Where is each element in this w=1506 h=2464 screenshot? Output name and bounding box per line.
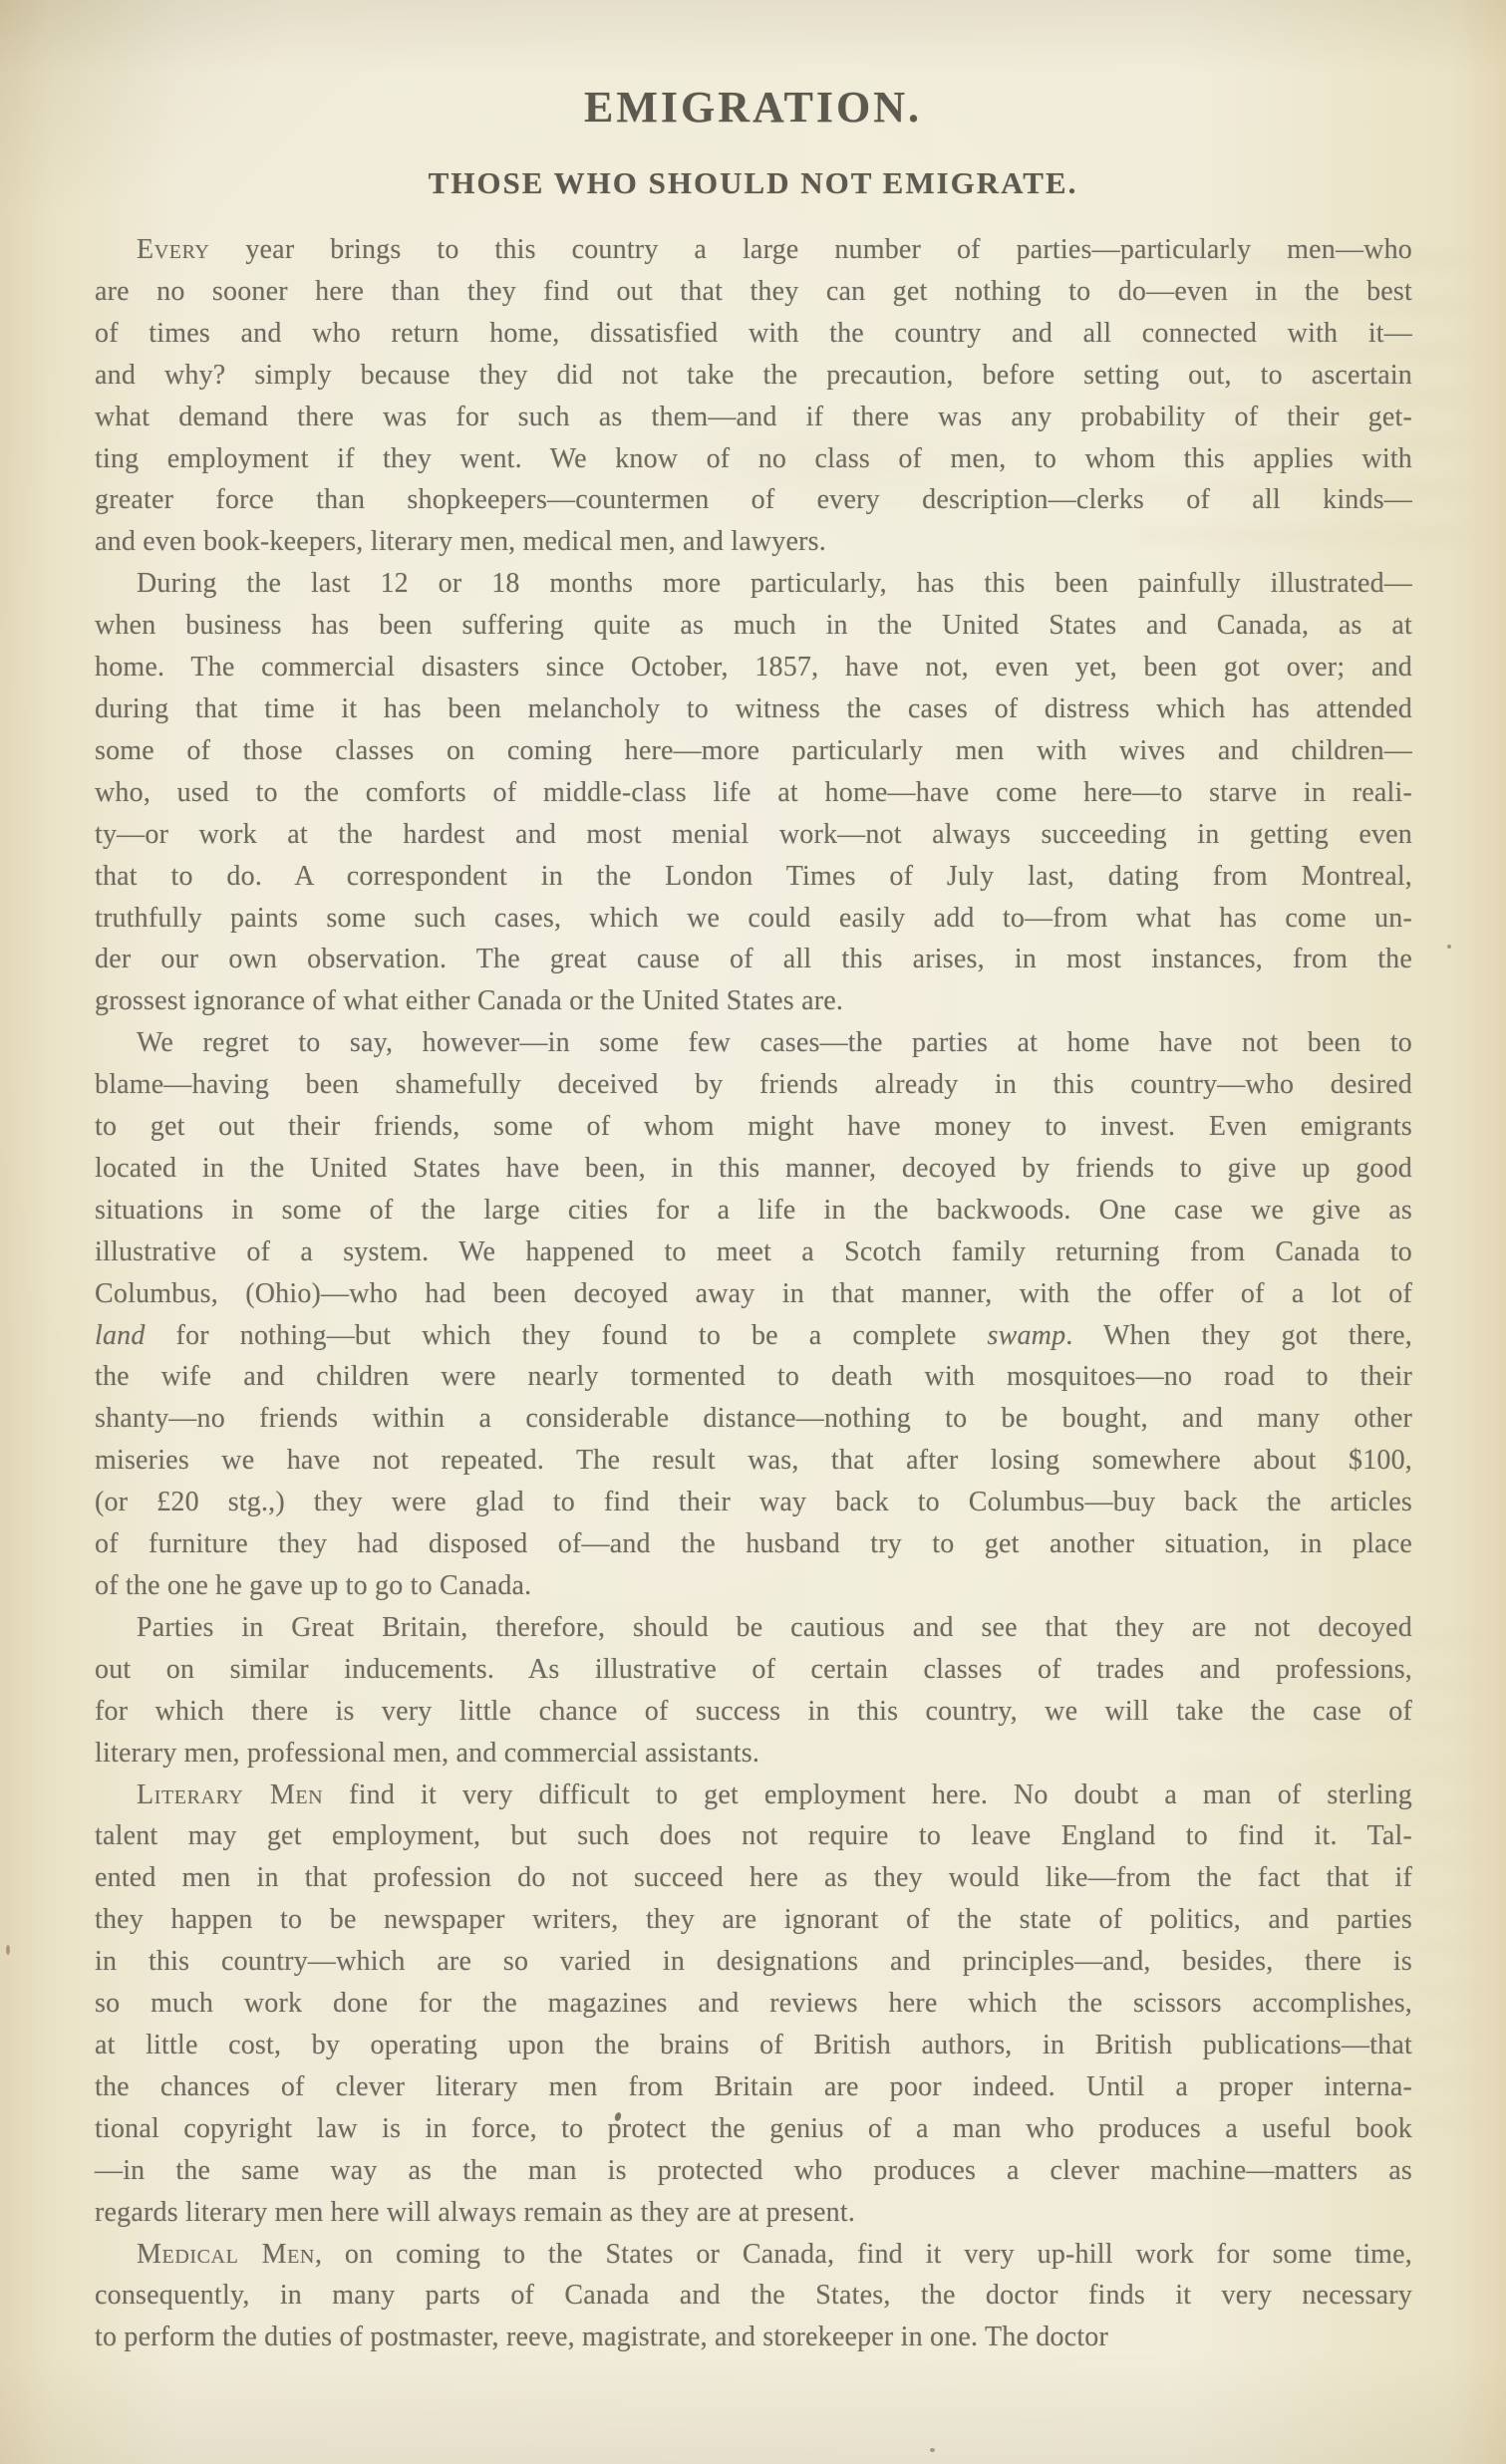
text-line: they happen to be newspaper writers, the… (95, 1899, 1412, 1941)
text-line: Columbus, (Ohio)—who had been decoyed aw… (95, 1273, 1412, 1315)
text-line: consequently, in many parts of Canada an… (95, 2275, 1412, 2317)
body-text: Every year brings to this country a larg… (95, 229, 1412, 2358)
ink-speck (1447, 945, 1451, 949)
text-line: to perform the duties of postmaster, ree… (95, 2317, 1412, 2358)
scanned-book-page: { "colors":{ "paper":"#f0ebd8", "paper-e… (0, 0, 1506, 2464)
text-line: for which there is very little chance of… (95, 1691, 1412, 1733)
text-line: of furniture they had disposed of—and th… (95, 1523, 1412, 1565)
text-line: ting employment if they went. We know of… (95, 438, 1412, 480)
text-line: (or £20 stg.,) they were glad to find th… (95, 1482, 1412, 1523)
text-line: the chances of clever literary men from … (95, 2066, 1412, 2108)
text-line: land for nothing—but which they found to… (95, 1315, 1412, 1357)
text-line: the wife and children were nearly tormen… (95, 1356, 1412, 1398)
text-line: —in the same way as the man is protected… (95, 2150, 1412, 2192)
text-line: Medical Men, on coming to the States or … (95, 2234, 1412, 2276)
text-line: Every year brings to this country a larg… (95, 229, 1412, 271)
text-line: and even book-keepers, literary men, med… (95, 521, 1412, 563)
section-heading: THOSE WHO SHOULD NOT EMIGRATE. (0, 167, 1506, 198)
text-line: illustrative of a system. We happened to… (95, 1232, 1412, 1273)
text-line: grossest ignorance of what either Canada… (95, 980, 1412, 1022)
text-line: and why? simply because they did not tak… (95, 355, 1412, 397)
text-line: During the last 12 or 18 months more par… (95, 563, 1412, 605)
text-line: when business has been suffering quite a… (95, 605, 1412, 647)
text-line: talent may get employment, but such does… (95, 1815, 1412, 1857)
text-line: to get out their friends, some of whom m… (95, 1106, 1412, 1148)
text-line: Literary Men find it very difficult to g… (95, 1775, 1412, 1816)
text-line: situations in some of the large cities f… (95, 1190, 1412, 1232)
text-line: truthfully paints some such cases, which… (95, 898, 1412, 940)
text-line: ented men in that profession do not succ… (95, 1857, 1412, 1899)
text-line: regards literary men here will always re… (95, 2192, 1412, 2234)
text-line: during that time it has been melancholy … (95, 688, 1412, 730)
text-line: in this country—which are so varied in d… (95, 1941, 1412, 1983)
text-line: so much work done for the magazines and … (95, 1983, 1412, 2025)
text-line: shanty—no friends within a considerable … (95, 1398, 1412, 1440)
text-line: located in the United States have been, … (95, 1148, 1412, 1190)
ink-speck (6, 1945, 10, 1955)
text-line: who, used to the comforts of middle-clas… (95, 772, 1412, 814)
text-line: at little cost, by operating upon the br… (95, 2025, 1412, 2066)
text-line: out on similar inducements. As illustrat… (95, 1649, 1412, 1691)
text-line: der our own observation. The great cause… (95, 939, 1412, 980)
text-line: home. The commercial disasters since Oct… (95, 647, 1412, 688)
text-line: of the one he gave up to go to Canada. (95, 1565, 1412, 1607)
text-line: greater force than shopkeepers—counterme… (95, 479, 1412, 521)
text-line: Parties in Great Britain, therefore, sho… (95, 1607, 1412, 1649)
text-line: are no sooner here than they find out th… (95, 271, 1412, 313)
text-line: literary men, professional men, and comm… (95, 1733, 1412, 1775)
ink-speck (930, 2448, 935, 2452)
text-line: blame—having been shamefully deceived by… (95, 1064, 1412, 1106)
text-line: ty—or work at the hardest and most menia… (95, 814, 1412, 856)
text-line: some of those classes on coming here—mor… (95, 730, 1412, 772)
text-line: of times and who return home, dissatisfi… (95, 313, 1412, 355)
text-line: We regret to say, however—in some few ca… (95, 1022, 1412, 1064)
text-line: what demand there was for such as them—a… (95, 397, 1412, 438)
page-title: EMIGRATION. (0, 86, 1506, 130)
text-line: tional copyright law is in force, to pro… (95, 2108, 1412, 2150)
text-line: that to do. A correspondent in the Londo… (95, 856, 1412, 898)
text-line: miseries we have not repeated. The resul… (95, 1440, 1412, 1482)
